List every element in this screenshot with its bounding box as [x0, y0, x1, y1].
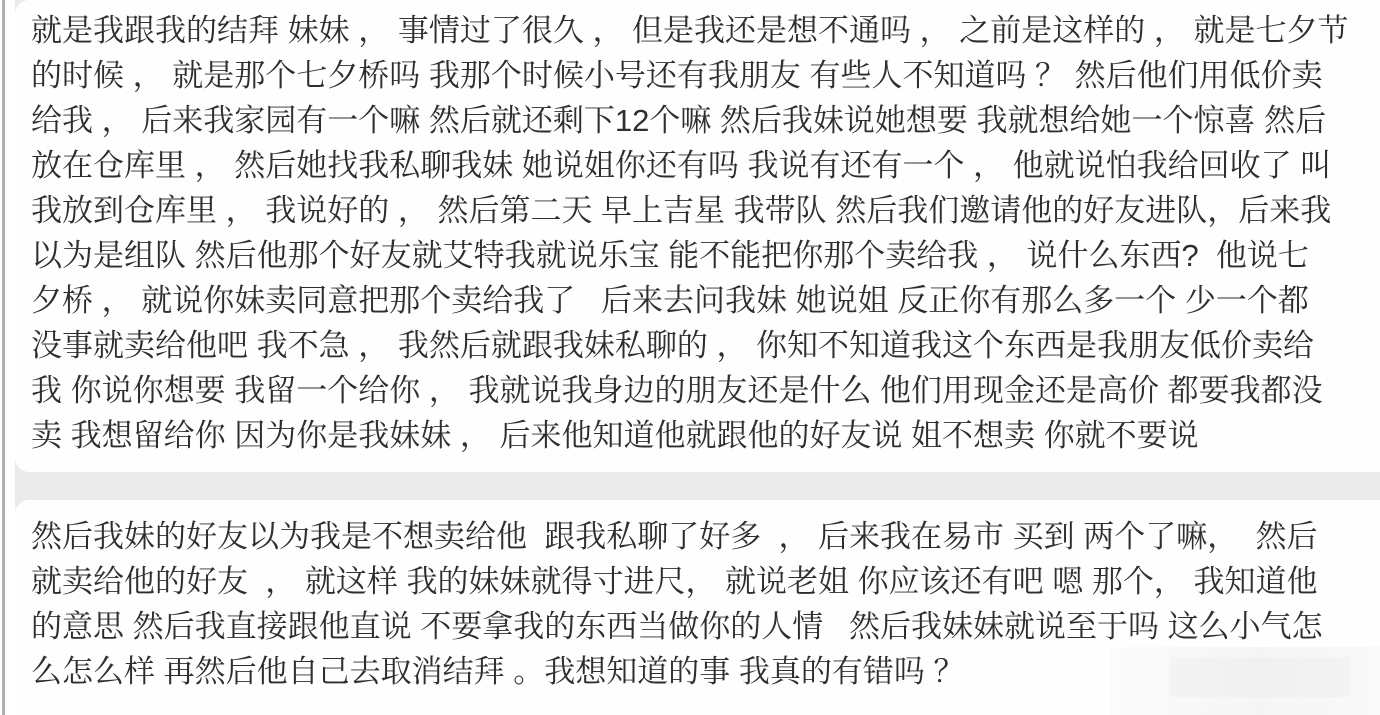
content-column: 就是我跟我的结拜 妹妹 ， 事情过了很久 ， 但是我还是想不通吗 ， 之前是这样… [15, 0, 1380, 715]
screenshot-page: 就是我跟我的结拜 妹妹 ， 事情过了很久 ， 但是我还是想不通吗 ， 之前是这样… [0, 0, 1380, 715]
story-paragraph-2: 然后我妹的好友以为我是不想卖给他 跟我私聊了好多 ， 后来我在易市 买到 两个了… [31, 514, 1374, 694]
story-card-1: 就是我跟我的结拜 妹妹 ， 事情过了很久 ， 但是我还是想不通吗 ， 之前是这样… [15, 0, 1380, 472]
story-card-2: 然后我妹的好友以为我是不想卖给他 跟我私聊了好多 ， 后来我在易市 买到 两个了… [15, 500, 1380, 715]
story-paragraph-1: 就是我跟我的结拜 妹妹 ， 事情过了很久 ， 但是我还是想不通吗 ， 之前是这样… [31, 8, 1374, 458]
left-divider-line [2, 0, 5, 715]
card-gap [15, 472, 1380, 500]
